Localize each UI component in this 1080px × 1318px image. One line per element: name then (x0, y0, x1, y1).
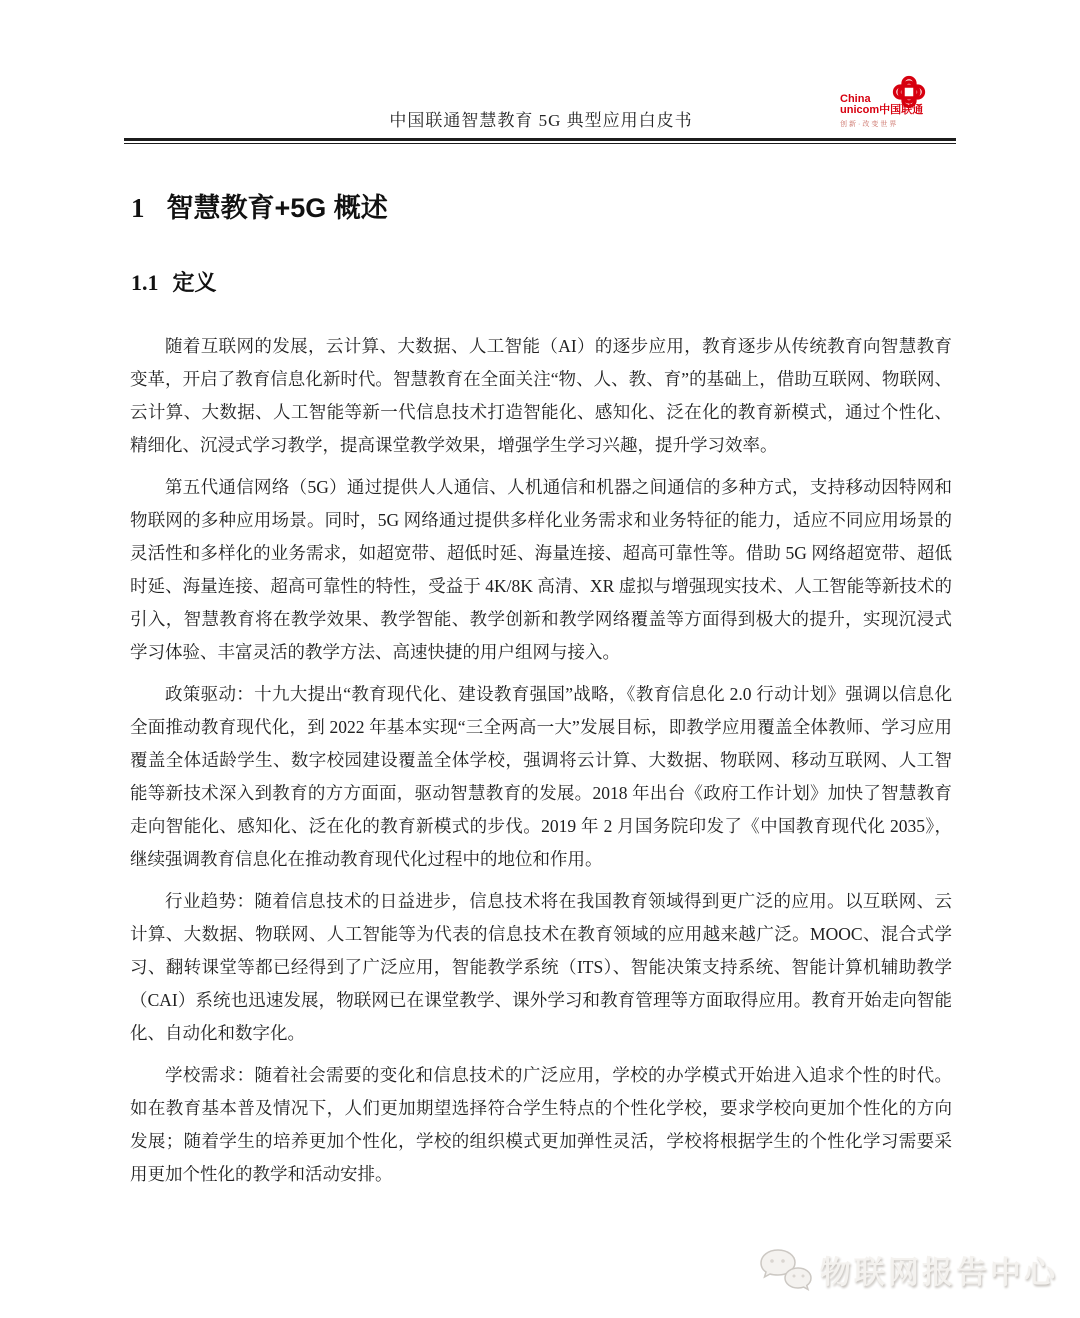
chapter-number: 1 (131, 193, 145, 223)
wechat-icon (758, 1246, 812, 1292)
subsection-title: 定义 (173, 270, 217, 295)
chapter-title: 智慧教育+5G 概述 (167, 193, 388, 223)
china-unicom-logo: China unicom中国联通 创新·改变世界 (840, 74, 940, 129)
paragraph-5g-network: 第五代通信网络（5G）通过提供人人通信、人机通信和机器之间通信的多种方式，支持移… (130, 471, 952, 669)
paragraph-intro: 随着互联网的发展，云计算、大数据、人工智能（AI）的逐步应用，教育逐步从传统教育… (130, 330, 952, 462)
paragraph-policy-driver: 政策驱动：十九大提出“教育现代化、建设教育强国”战略，《教育信息化 2.0 行动… (130, 678, 952, 876)
logo-brand-text: China unicom中国联通 (840, 94, 923, 116)
paragraph-industry-trend: 行业趋势：随着信息技术的日益进步，信息技术将在我国教育领域得到更广泛的应用。以互… (130, 885, 952, 1050)
subsection-number: 1.1 (131, 270, 159, 295)
paragraph-school-demand: 学校需求：随着社会需要的变化和信息技术的广泛应用，学校的办学模式开始进入追求个性… (130, 1059, 952, 1191)
watermark: 物联网报告中心 (758, 1246, 1058, 1292)
header-divider (124, 138, 956, 144)
logo-tagline: 创新·改变世界 (840, 119, 898, 129)
chapter-heading: 1智慧教育+5G 概述 (131, 186, 388, 225)
logo-brand-line2: unicom中国联通 (840, 105, 923, 116)
body-text: 随着互联网的发展，云计算、大数据、人工智能（AI）的逐步应用，教育逐步从传统教育… (130, 330, 952, 1200)
document-page: 中国联通智慧教育 5G 典型应用白皮书 China unicom中国联通 创新·… (0, 0, 1080, 1318)
watermark-text: 物联网报告中心 (820, 1247, 1058, 1292)
subsection-heading: 1.1定义 (131, 266, 217, 297)
document-header-title: 中国联通智慧教育 5G 典型应用白皮书 (130, 106, 952, 131)
